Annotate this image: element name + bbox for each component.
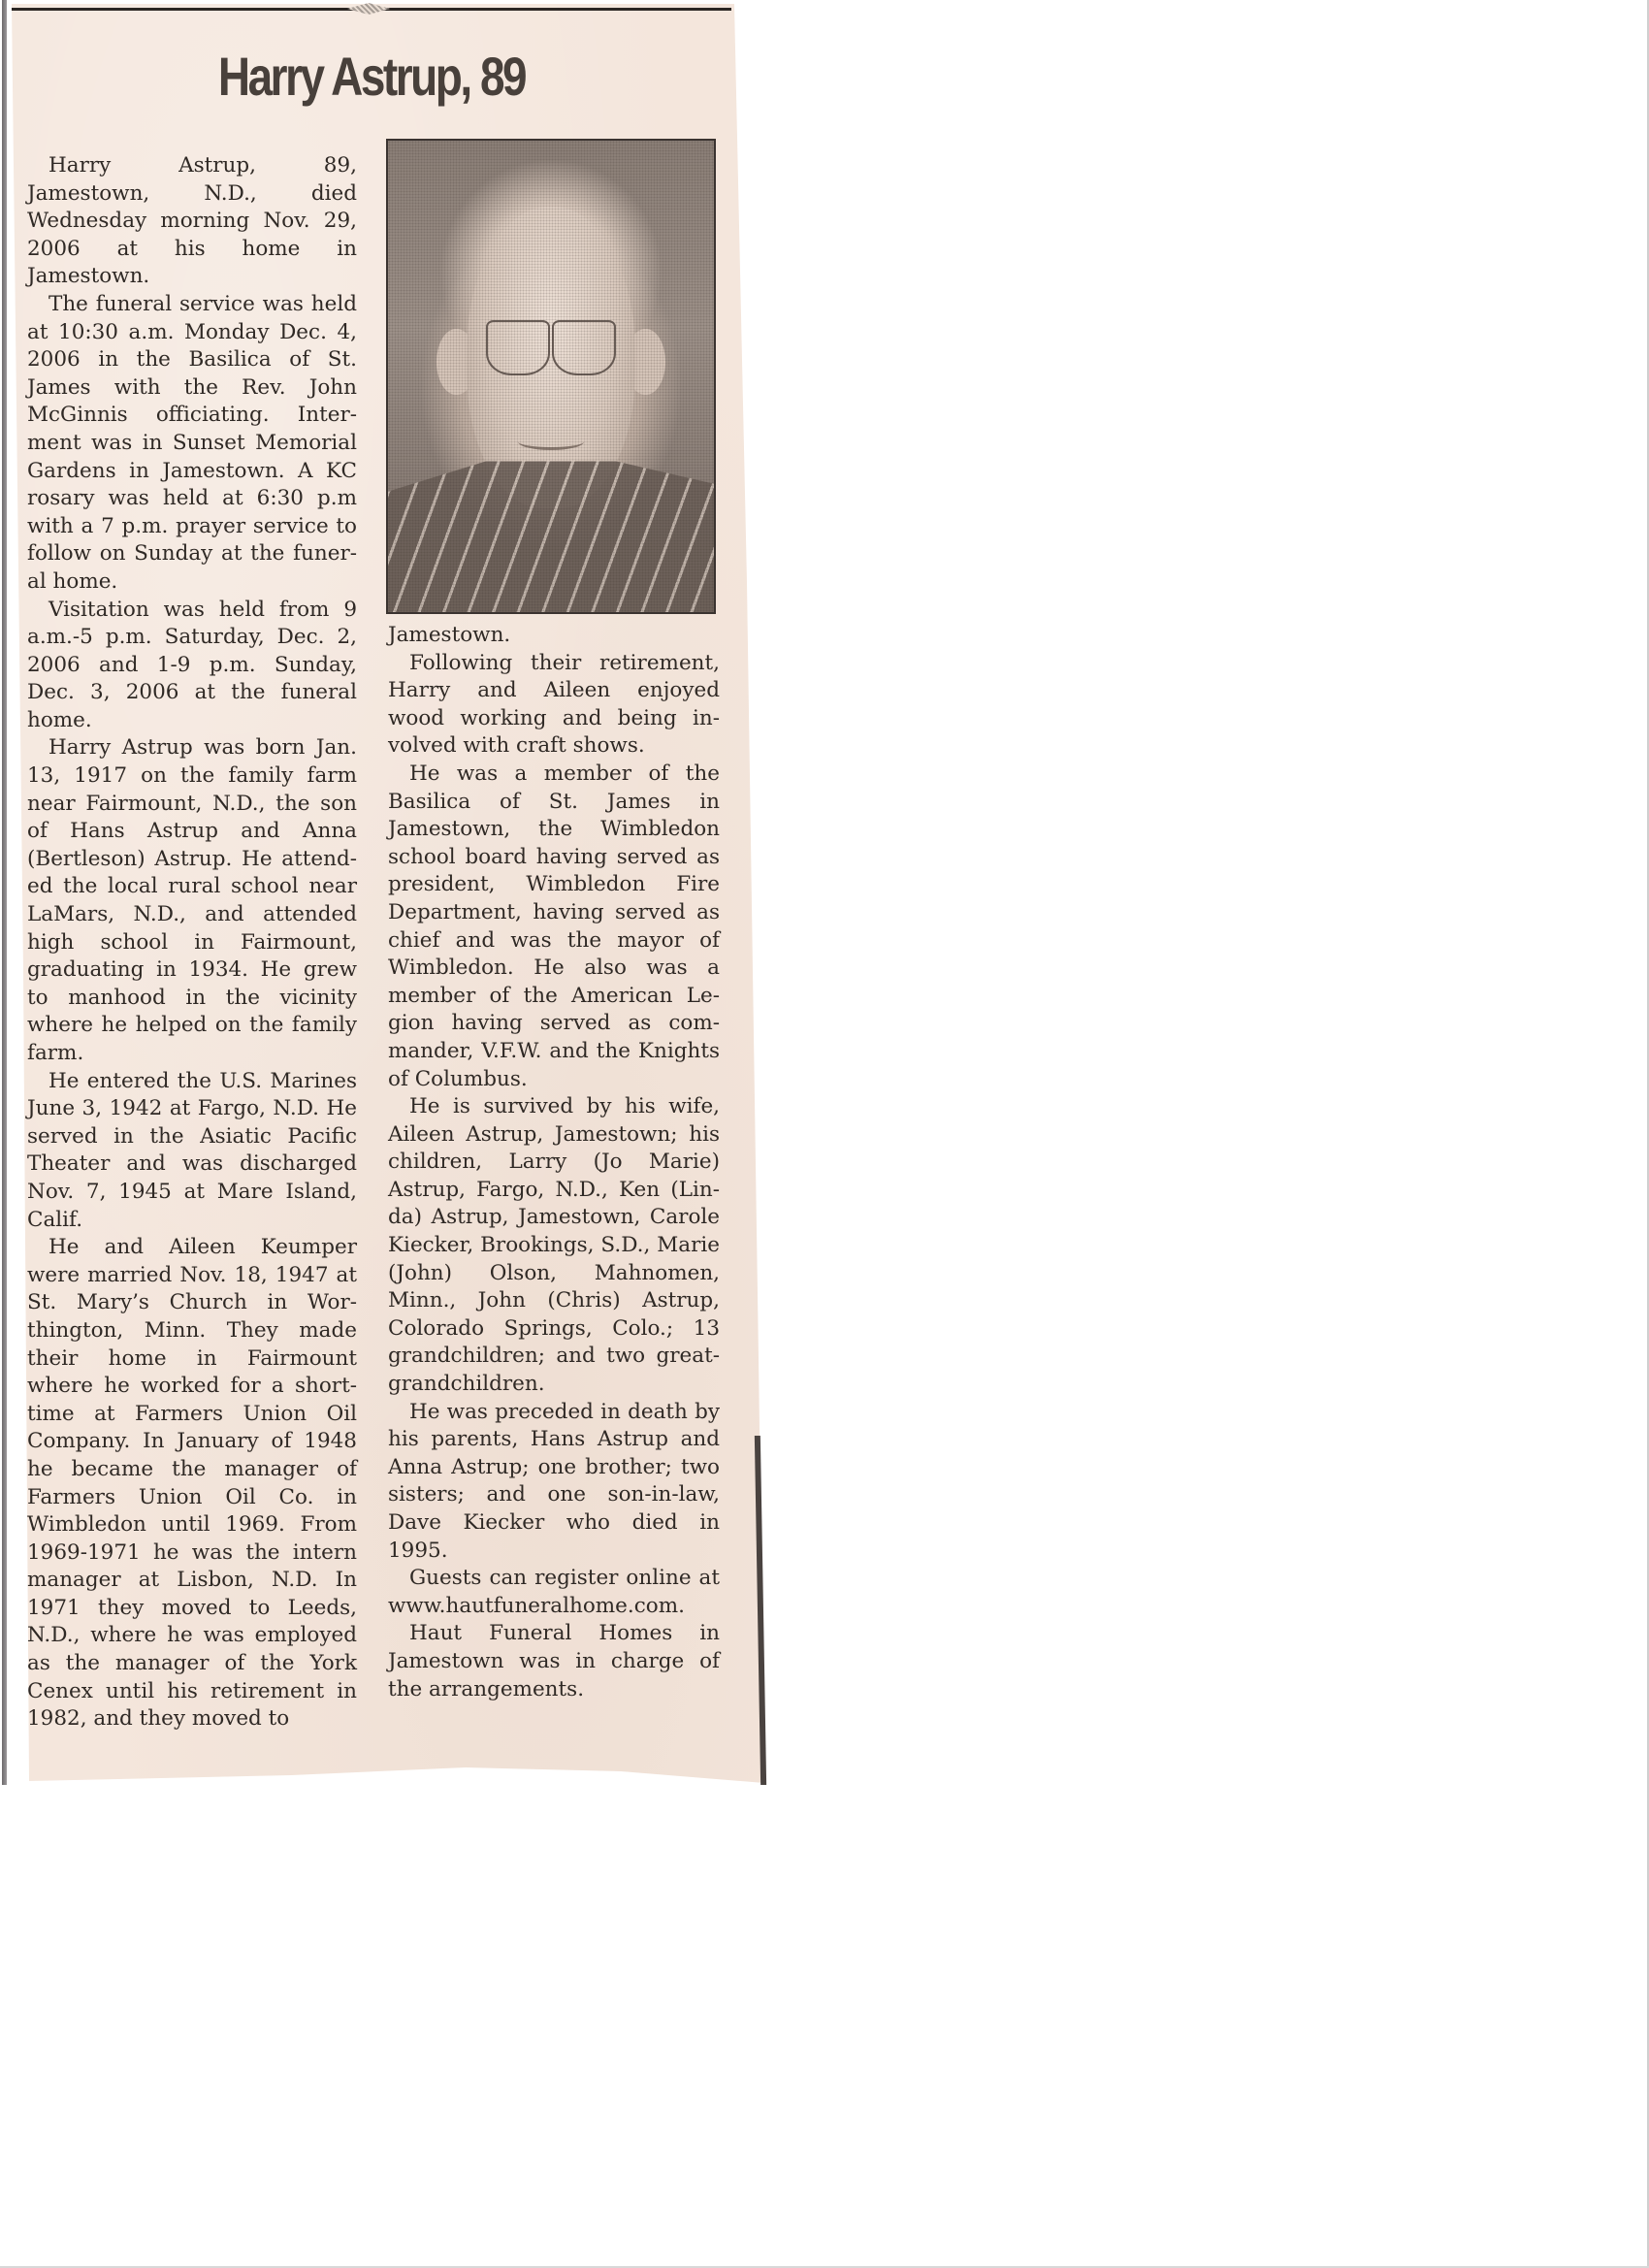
paragraph-arrangements: Haut Funeral Homes in Jamestown was in c… xyxy=(388,1620,720,1703)
paragraph-retirement: Following their retirement, Harry and Ai… xyxy=(388,650,720,761)
right-column: Jamestown. Following their retirement, H… xyxy=(388,622,720,1703)
paragraph-marriage-career: He and Aileen Keumper were married Nov. … xyxy=(27,1234,357,1733)
paragraph-funeral-service: The funeral service was held at 10:30 a.… xyxy=(27,291,357,597)
scanner-edge-left xyxy=(2,0,7,1785)
portrait-photo xyxy=(386,139,716,614)
halftone-overlay xyxy=(388,141,714,612)
obituary-headline: Harry Astrup, 89 xyxy=(77,43,666,111)
paragraph-continuation: Jamestown. xyxy=(388,622,720,650)
paragraph-early-life: Harry Astrup was born Jan. 13, 1917 on t… xyxy=(27,734,357,1067)
paragraph-survivors: He is survived by his wife, Aileen Astru… xyxy=(388,1093,720,1399)
paragraph-visitation: Visitation was held from 9 a.m.-5 p.m. S… xyxy=(27,597,357,735)
left-column: Harry Astrup, 89, Jamestown, N.D., died … xyxy=(27,152,357,1733)
paragraph-guest-register: Guests can register online at www.hautfu… xyxy=(388,1565,720,1620)
paragraph-memberships: He was a member of the Basilica of St. J… xyxy=(388,761,720,1093)
paragraph-preceded-in-death: He was preceded in death by his parents,… xyxy=(388,1399,720,1566)
paragraph-death-notice: Harry Astrup, 89, Jamestown, N.D., died … xyxy=(27,152,357,291)
paragraph-military-service: He entered the U.S. Marines June 3, 1942… xyxy=(27,1068,357,1235)
